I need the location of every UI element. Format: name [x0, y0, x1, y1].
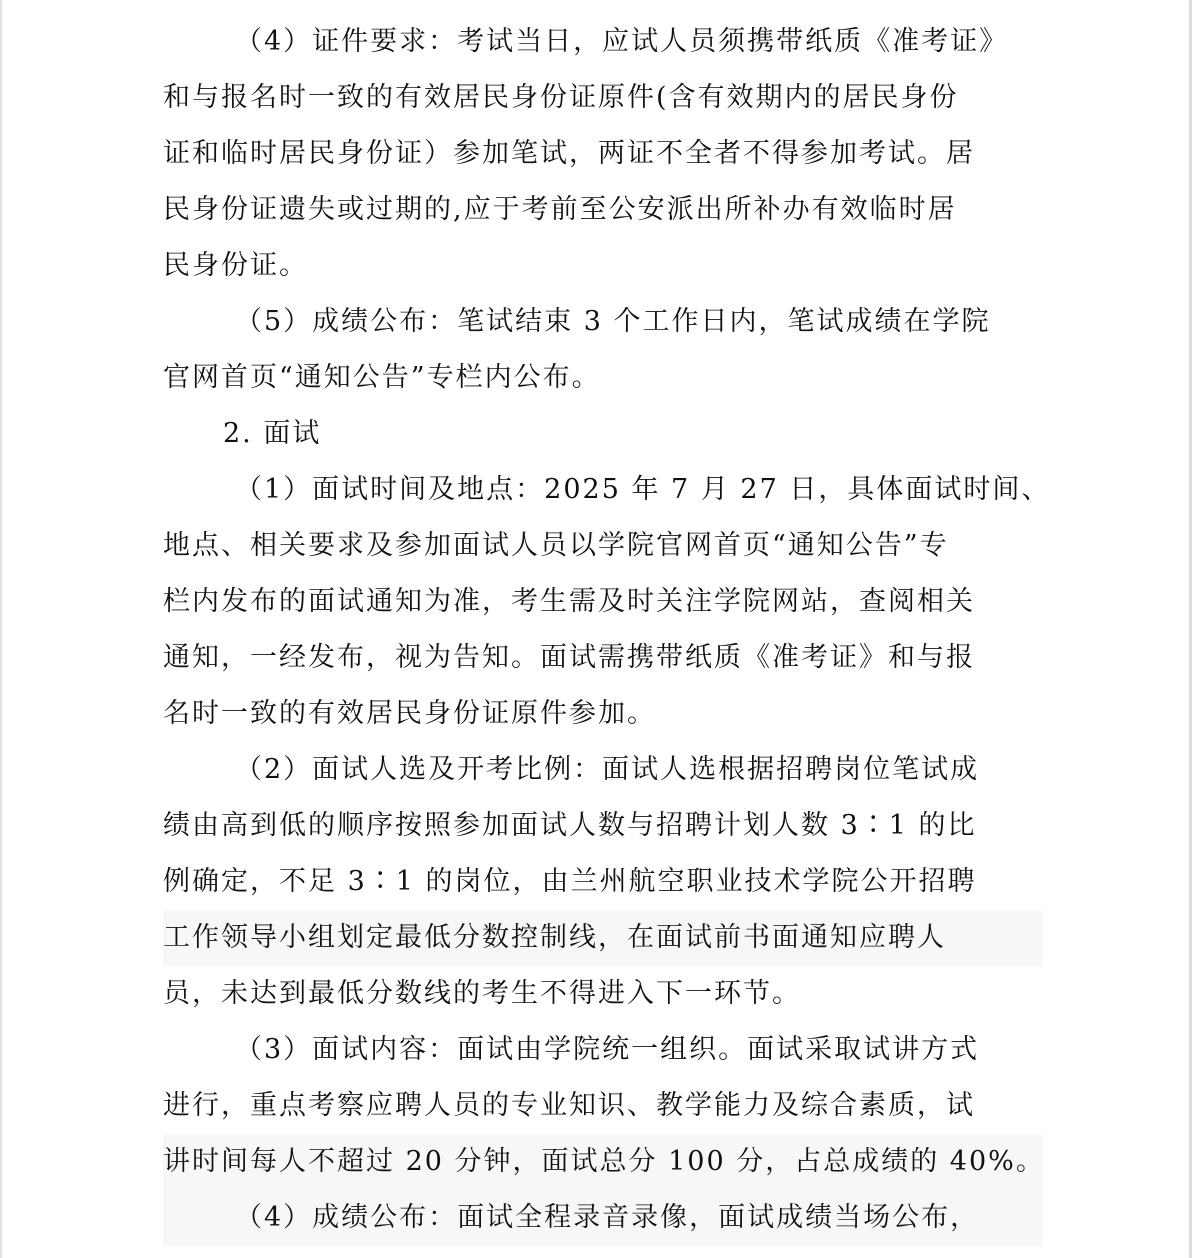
- document-page: （4）证件要求：考试当日，应试人员须携带纸质《准考证》 和与报名时一致的有效居民…: [163, 14, 1043, 1246]
- text-line: （3）面试内容：面试由学院统一组织。面试采取试讲方式: [163, 1022, 1043, 1078]
- text-line: 民身份证。: [163, 238, 1043, 294]
- text-line: 员，未达到最低分数线的考生不得进入下一环节。: [163, 966, 1043, 1022]
- paragraph-cert-requirements: （4）证件要求：考试当日，应试人员须携带纸质《准考证》 和与报名时一致的有效居民…: [163, 14, 1043, 294]
- paragraph-interview-candidates-ratio: （2）面试人选及开考比例：面试人选根据招聘岗位笔试成 绩由高到低的顺序按照参加面…: [163, 742, 1043, 1022]
- text-line: （1）面试时间及地点：2025 年 7 月 27 日，具体面试时间、: [163, 462, 1043, 518]
- text-line: （2）面试人选及开考比例：面试人选根据招聘岗位笔试成: [163, 742, 1043, 798]
- text-line: 讲时间每人不超过 20 分钟，面试总分 100 分，占总成绩的 40%。: [163, 1134, 1043, 1190]
- text-line: 民身份证遗失或过期的,应于考前至公安派出所补办有效临时居: [163, 182, 1043, 238]
- paragraph-interview-time-place: （1）面试时间及地点：2025 年 7 月 27 日，具体面试时间、 地点、相关…: [163, 462, 1043, 742]
- section-heading: 2. 面试: [163, 406, 1043, 462]
- text-line: 例确定，不足 3∶1 的岗位，由兰州航空职业技术学院公开招聘: [163, 854, 1043, 910]
- paragraph-interview-content: （3）面试内容：面试由学院统一组织。面试采取试讲方式 进行，重点考察应聘人员的专…: [163, 1022, 1043, 1190]
- text-line: 官网首页“通知公告”专栏内公布。: [163, 350, 1043, 406]
- text-line: 地点、相关要求及参加面试人员以学院官网首页“通知公告”专: [163, 518, 1043, 574]
- paragraph-interview-score-publication: （4）成绩公布：面试全程录音录像，面试成绩当场公布，: [163, 1190, 1043, 1246]
- page-edge-left: [0, 0, 2, 1258]
- text-line: 工作领导小组划定最低分数控制线，在面试前书面通知应聘人: [163, 910, 1043, 966]
- paragraph-written-score-publication: （5）成绩公布：笔试结束 3 个工作日内，笔试成绩在学院 官网首页“通知公告”专…: [163, 294, 1043, 406]
- text-line: （5）成绩公布：笔试结束 3 个工作日内，笔试成绩在学院: [163, 294, 1043, 350]
- text-line: 名时一致的有效居民身份证原件参加。: [163, 686, 1043, 742]
- text-line: 栏内发布的面试通知为准，考生需及时关注学院网站，查阅相关: [163, 574, 1043, 630]
- text-line: 证和临时居民身份证）参加笔试，两证不全者不得参加考试。居: [163, 126, 1043, 182]
- text-line: （4）证件要求：考试当日，应试人员须携带纸质《准考证》: [163, 14, 1043, 70]
- section-heading-interview: 2. 面试: [163, 406, 1043, 462]
- text-line: 和与报名时一致的有效居民身份证原件(含有效期内的居民身份: [163, 70, 1043, 126]
- text-line: 绩由高到低的顺序按照参加面试人数与招聘计划人数 3∶1 的比: [163, 798, 1043, 854]
- text-line: （4）成绩公布：面试全程录音录像，面试成绩当场公布，: [163, 1190, 1043, 1246]
- text-line: 进行，重点考察应聘人员的专业知识、教学能力及综合素质，试: [163, 1078, 1043, 1134]
- text-line: 通知，一经发布，视为告知。面试需携带纸质《准考证》和与报: [163, 630, 1043, 686]
